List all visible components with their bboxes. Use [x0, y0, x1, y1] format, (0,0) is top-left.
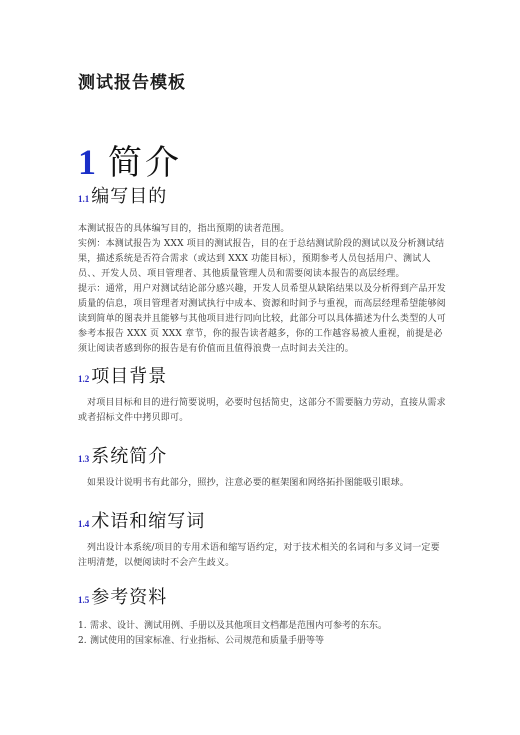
section-number: 1.1	[78, 194, 89, 204]
section-title: 编写目的	[91, 182, 167, 208]
list-item: 2. 测试使用的国家标准、行业指标、公司规范和质量手册等等	[78, 634, 448, 649]
list-text: 需求、设计、测试用例、手册以及其他项目文档都是范围内可参考的东东。	[90, 619, 387, 634]
section-title: 术语和缩写词	[91, 507, 205, 533]
paragraph: 对项目目标和目的进行简要说明，必要时包括简史，这部分不需要脑力劳动，直接从需求或…	[78, 396, 448, 426]
section-body-1-3: 如果设计说明书有此部分，照抄，注意必要的框架图和网络拓扑图能吸引眼球。	[78, 476, 448, 491]
paragraph: 本测试报告的具体编写目的，指出预期的读者范围。	[78, 222, 448, 237]
section-heading-1-3: 1.3 系统简介	[78, 442, 167, 468]
section-title: 项目背景	[91, 362, 167, 388]
paragraph: 列出设计本系统/项目的专用术语和缩写语约定，对于技术相关的名词和与多义词一定要注…	[78, 541, 448, 571]
paragraph: 提示：通常，用户对测试结论部分感兴趣，开发人员希望从缺陷结果以及分析得到产品开发…	[78, 282, 448, 357]
list-index: 2.	[78, 634, 90, 649]
list-item: 1. 需求、设计、测试用例、手册以及其他项目文档都是范围内可参考的东东。	[78, 619, 448, 634]
chapter-title: 简介	[108, 135, 182, 184]
reference-list: 1. 需求、设计、测试用例、手册以及其他项目文档都是范围内可参考的东东。 2. …	[78, 619, 448, 649]
section-number: 1.4	[78, 519, 89, 529]
section-heading-1-1: 1.1 编写目的	[78, 182, 167, 208]
paragraph: 实例：本测试报告为 XXX 项目的测试报告，目的在于总结测试阶段的测试以及分析测…	[78, 237, 448, 282]
section-body-1-2: 对项目目标和目的进行简要说明，必要时包括简史，这部分不需要脑力劳动，直接从需求或…	[78, 396, 448, 426]
section-number: 1.2	[78, 374, 89, 384]
document-title: 测试报告模板	[78, 68, 186, 93]
chapter-number: 1	[78, 141, 96, 183]
section-heading-1-5: 1.5 参考资料	[78, 583, 167, 609]
list-text: 测试使用的国家标准、行业指标、公司规范和质量手册等等	[90, 634, 324, 649]
document-page: 测试报告模板 1 简介 1.1 编写目的 本测试报告的具体编写目的，指出预期的读…	[0, 0, 520, 735]
section-number: 1.3	[78, 454, 89, 464]
section-body-1-1: 本测试报告的具体编写目的，指出预期的读者范围。 实例：本测试报告为 XXX 项目…	[78, 222, 448, 357]
section-heading-1-2: 1.2 项目背景	[78, 362, 167, 388]
section-title: 参考资料	[91, 583, 167, 609]
section-heading-1-4: 1.4 术语和缩写词	[78, 507, 205, 533]
section-title: 系统简介	[91, 442, 167, 468]
paragraph: 如果设计说明书有此部分，照抄，注意必要的框架图和网络拓扑图能吸引眼球。	[78, 476, 448, 491]
chapter-heading: 1 简介	[78, 135, 182, 184]
section-number: 1.5	[78, 595, 89, 605]
section-body-1-4: 列出设计本系统/项目的专用术语和缩写语约定，对于技术相关的名词和与多义词一定要注…	[78, 541, 448, 571]
list-index: 1.	[78, 619, 90, 634]
